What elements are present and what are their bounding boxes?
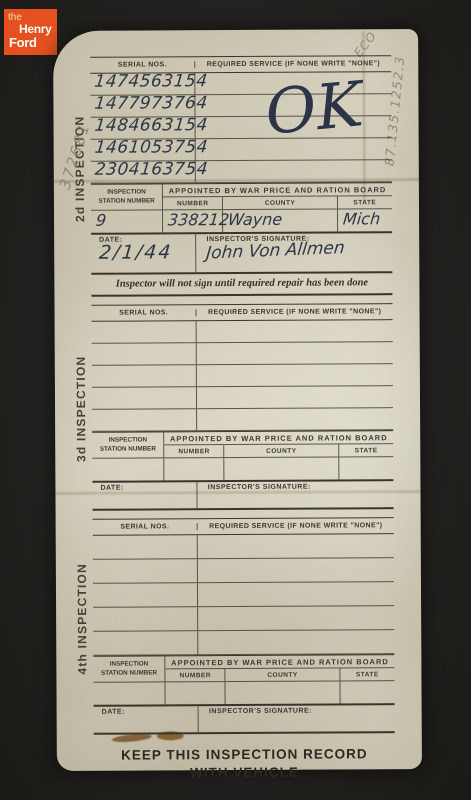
serial-nos-header: SERIAL NOS. (90, 61, 195, 69)
serial-header-row: SERIAL NOS. REQUIRED SERVICE (IF NONE WR… (93, 517, 394, 536)
serial-row (93, 558, 394, 584)
station-number-value: 9 (91, 210, 163, 232)
inspection-section-2d: SERIAL NOS. REQUIRED SERVICE (IF NONE WR… (90, 55, 392, 297)
signature-cell: INSPECTOR'S SIGNATURE: John Von Allmen (196, 233, 392, 272)
section-label-3d-inspection: 3d INSPECTION (74, 334, 89, 484)
signature-cell: INSPECTOR'S SIGNATURE: (199, 705, 395, 733)
serial-nos-header: SERIAL NOS. (92, 309, 197, 317)
state-value (339, 457, 393, 479)
required-service-header: REQUIRED SERVICE (IF NONE WRITE "NONE") (197, 308, 393, 316)
serial-handwriting: 1461053754 (90, 137, 209, 159)
section-label-4th-inspection: 4th INSPECTION (75, 544, 90, 694)
ok-handwriting: OK (263, 73, 365, 144)
inspector-signature-label: INSPECTOR'S SIGNATURE: (209, 707, 395, 715)
logo-text-henry: Henry (19, 23, 52, 35)
serial-handwriting: 1484663154 (90, 115, 209, 137)
inspection-section-3d: SERIAL NOS. REQUIRED SERVICE (IF NONE WR… (91, 303, 393, 511)
serial-handwriting: 1474563154 (89, 71, 208, 93)
inspector-signature-label: INSPECTOR'S SIGNATURE: (208, 483, 394, 491)
inspection-record-document: 2d INSPECTION 3d INSPECTION 4th INSPECTI… (53, 29, 422, 771)
date-signature-row: DATE: INSPECTOR'S SIGNATURE: (94, 705, 395, 735)
county-column-header: COUNTY (225, 444, 339, 458)
number-column-header: NUMBER (164, 445, 224, 458)
number-column-header: NUMBER (166, 669, 226, 682)
serial-row (93, 582, 394, 608)
date-label: DATE: (100, 484, 196, 492)
inspection-station-number-label: INSPECTION STATION NUMBER (93, 656, 165, 682)
date-signature-row: DATE: 2/1/44 INSPECTOR'S SIGNATURE: John… (91, 233, 392, 275)
keep-record-footer: KEEP THIS INSPECTION RECORD WITH VEHICLE (94, 745, 395, 782)
station-number-value (92, 458, 164, 480)
date-label: DATE: (102, 708, 198, 716)
required-service-header: REQUIRED SERVICE (IF NONE WRITE "NONE") (196, 60, 392, 68)
inspector-note: Inspector will not sign until required r… (91, 273, 392, 297)
footer-line1: KEEP THIS INSPECTION RECORD (94, 745, 395, 764)
state-value (340, 681, 394, 703)
date-cell: DATE: (94, 706, 199, 734)
date-handwriting: 2/1/44 (98, 241, 173, 263)
state-column-header: STATE (340, 668, 394, 681)
inspection-station-number-label: INSPECTION STATION NUMBER (92, 432, 164, 458)
state-column-header: STATE (338, 196, 392, 209)
henry-ford-logo: the Henry Ford (4, 9, 57, 55)
inspection-section-4th: SERIAL NOS. REQUIRED SERVICE (IF NONE WR… (93, 517, 395, 735)
footer-line2: WITH VEHICLE (94, 763, 395, 782)
inspection-form: SERIAL NOS. REQUIRED SERVICE (IF NONE WR… (90, 55, 395, 782)
required-service-header: REQUIRED SERVICE (IF NONE WRITE "NONE") (198, 522, 394, 530)
date-cell: DATE: (92, 482, 197, 510)
photo-background: the Henry Ford 2d INSPECTION 3d INSPECTI… (0, 0, 471, 800)
ration-board-header: APPOINTED BY WAR PRICE AND RATION BOARD (164, 431, 393, 445)
board-number-value: 338212 (163, 210, 223, 232)
serial-row (92, 408, 393, 432)
signature-handwriting: John Von Allmen (206, 238, 346, 264)
number-column-header: NUMBER (163, 197, 223, 210)
signature-cell: INSPECTOR'S SIGNATURE: (198, 481, 394, 509)
state-value: Mich (338, 209, 392, 231)
serial-nos-header: SERIAL NOS. (93, 523, 198, 531)
state-column-header: STATE (339, 444, 393, 457)
date-signature-row: DATE: INSPECTOR'S SIGNATURE: (92, 481, 393, 511)
ration-board-header: APPOINTED BY WAR PRICE AND RATION BOARD (163, 183, 392, 197)
ration-board-header: APPOINTED BY WAR PRICE AND RATION BOARD (166, 655, 395, 669)
station-table: INSPECTION STATION NUMBER APPOINTED BY W… (92, 430, 393, 483)
county-value (226, 681, 340, 704)
serial-row (92, 320, 393, 344)
board-number-value (166, 682, 226, 704)
date-cell: DATE: 2/1/44 (91, 234, 197, 273)
logo-text-ford: Ford (9, 36, 37, 49)
station-table: INSPECTION STATION NUMBER APPOINTED BY W… (93, 654, 394, 707)
serial-row (93, 534, 394, 560)
county-value (225, 457, 339, 480)
serial-handwriting: 1477973764 (89, 93, 208, 115)
county-column-header: COUNTY (223, 196, 337, 210)
station-number-value (93, 682, 165, 704)
station-table: INSPECTION STATION NUMBER APPOINTED BY W… (91, 182, 392, 235)
serial-handwriting: 2304163754 (90, 159, 209, 181)
serial-row (92, 342, 393, 366)
inspection-station-number-label: INSPECTION STATION NUMBER (91, 184, 163, 210)
serial-row: 2304163754 (91, 160, 392, 184)
serial-header-row: SERIAL NOS. REQUIRED SERVICE (IF NONE WR… (91, 303, 392, 322)
county-column-header: COUNTY (226, 668, 340, 682)
serial-row (93, 606, 394, 632)
board-number-value (165, 458, 225, 480)
serial-row (92, 386, 393, 410)
serial-row (93, 630, 394, 656)
serial-row (92, 364, 393, 388)
county-value: Wayne (223, 209, 337, 232)
